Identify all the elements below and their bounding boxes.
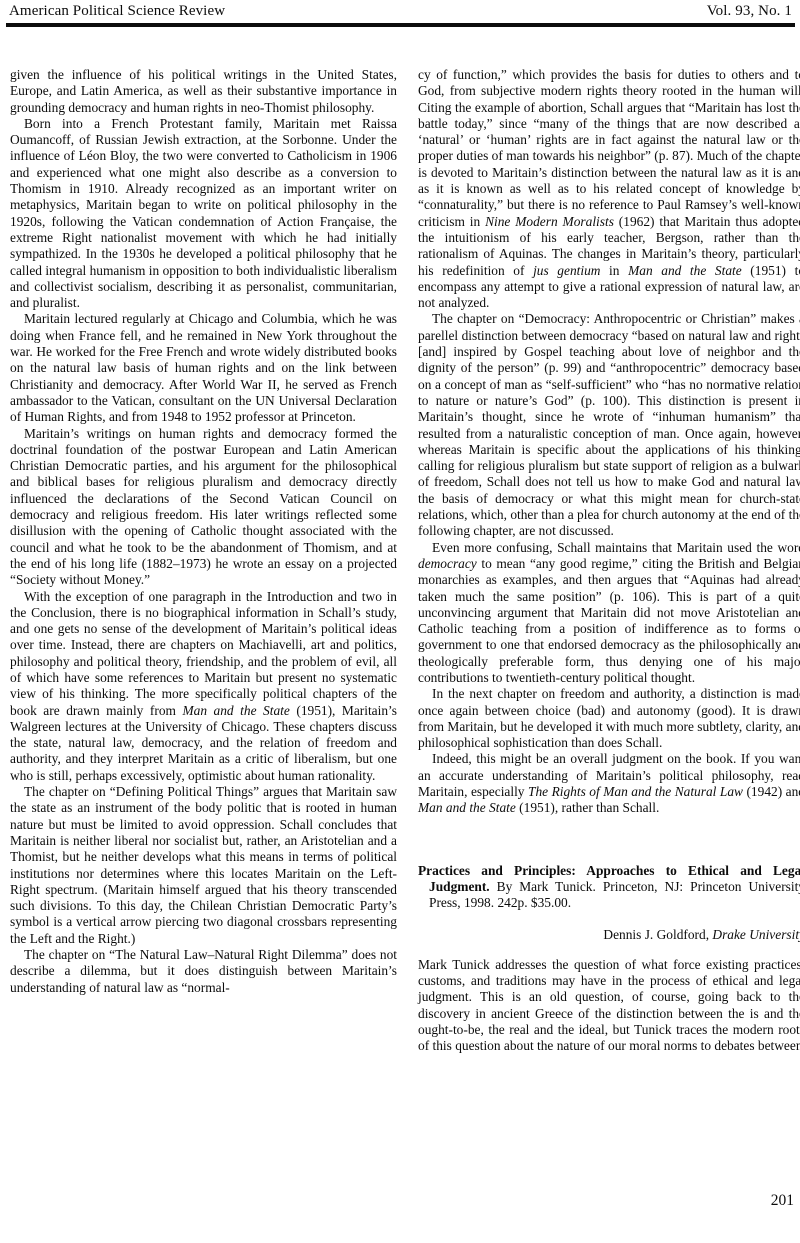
paragraph: In the next chapter on freedom and autho… <box>418 686 800 751</box>
paragraph: Indeed, this might be an overall judgmen… <box>418 751 800 816</box>
reviewer-byline: Dennis J. Goldford, Drake University <box>418 927 800 943</box>
paragraph: The chapter on “The Natural Law–Natural … <box>10 947 397 996</box>
paragraph: The chapter on “Democracy: Anthropocentr… <box>418 311 800 539</box>
book-review-heading: Practices and Principles: Approaches to … <box>418 863 800 912</box>
article-body: given the influence of his political wri… <box>0 67 800 1055</box>
running-head: American Political Science Review Vol. 9… <box>0 0 800 20</box>
left-column: given the influence of his political wri… <box>10 67 397 1055</box>
header-rule <box>6 23 795 27</box>
paragraph: given the influence of his political wri… <box>10 67 397 116</box>
paragraph: Even more confusing, Schall maintains th… <box>418 540 800 687</box>
paragraph: Maritain lectured regularly at Chicago a… <box>10 311 397 425</box>
paragraph: Maritain’s writings on human rights and … <box>10 426 397 589</box>
right-column: cy of function,” which provides the basi… <box>418 67 800 1055</box>
issue-label: Vol. 93, No. 1 <box>707 3 792 20</box>
paragraph: The chapter on “Defining Political Thing… <box>10 784 397 947</box>
paragraph: cy of function,” which provides the basi… <box>418 67 800 311</box>
paragraph: Born into a French Protestant family, Ma… <box>10 116 397 312</box>
page-number: 201 <box>771 1192 794 1210</box>
journal-page: American Political Science Review Vol. 9… <box>0 0 800 1055</box>
journal-title: American Political Science Review <box>9 3 225 20</box>
paragraph: Mark Tunick addresses the question of wh… <box>418 957 800 1055</box>
paragraph: With the exception of one paragraph in t… <box>10 589 397 785</box>
